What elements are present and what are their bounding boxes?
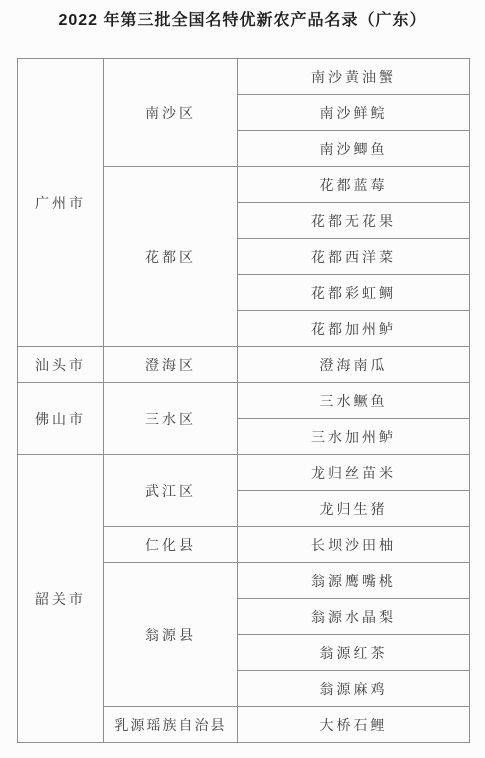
city-cell: 广州市 (18, 59, 104, 347)
product-cell: 三水加州鲈 (238, 419, 470, 455)
product-cell: 翁源麻鸡 (238, 671, 470, 707)
product-cell: 花都加州鲈 (238, 311, 470, 347)
table-row: 佛山市 三水区 三水鳜鱼 (18, 383, 470, 419)
district-cell: 澄海区 (104, 347, 238, 383)
product-cell: 翁源水晶梨 (238, 599, 470, 635)
table-row: 广州市 南沙区 南沙黄油蟹 (18, 59, 470, 95)
product-cell: 龙归丝苗米 (238, 455, 470, 491)
product-cell: 花都无花果 (238, 203, 470, 239)
district-cell: 南沙区 (104, 59, 238, 167)
district-cell: 仁化县 (104, 527, 238, 563)
table-row: 韶关市 武江区 龙归丝苗米 (18, 455, 470, 491)
product-cell: 澄海南瓜 (238, 347, 470, 383)
product-cell: 花都蓝莓 (238, 167, 470, 203)
product-cell: 大桥石鲤 (238, 707, 470, 743)
page-title: 2022 年第三批全国名特优新农产品名录（广东） (4, 10, 481, 32)
city-cell: 佛山市 (18, 383, 104, 455)
product-cell: 南沙黄油蟹 (238, 59, 470, 95)
table-row: 汕头市 澄海区 澄海南瓜 (18, 347, 470, 383)
product-cell: 翁源鹰嘴桃 (238, 563, 470, 599)
district-cell: 花都区 (104, 167, 238, 347)
product-cell: 三水鳜鱼 (238, 383, 470, 419)
city-cell: 韶关市 (18, 455, 104, 743)
district-cell: 三水区 (104, 383, 238, 455)
products-table-body: 广州市 南沙区 南沙黄油蟹 南沙鲜鲩 南沙鲫鱼 花都区 花都蓝莓 花都无花果 花… (18, 59, 470, 743)
district-cell: 乳源瑶族自治县 (104, 707, 238, 743)
product-cell: 南沙鲜鲩 (238, 95, 470, 131)
product-cell: 翁源红茶 (238, 635, 470, 671)
district-cell: 翁源县 (104, 563, 238, 707)
city-cell: 汕头市 (18, 347, 104, 383)
product-cell: 花都彩虹鲷 (238, 275, 470, 311)
product-cell: 龙归生猪 (238, 491, 470, 527)
product-cell: 南沙鲫鱼 (238, 131, 470, 167)
products-table: 广州市 南沙区 南沙黄油蟹 南沙鲜鲩 南沙鲫鱼 花都区 花都蓝莓 花都无花果 花… (17, 58, 470, 743)
product-cell: 花都西洋菜 (238, 239, 470, 275)
product-cell: 长坝沙田柚 (238, 527, 470, 563)
district-cell: 武江区 (104, 455, 238, 527)
